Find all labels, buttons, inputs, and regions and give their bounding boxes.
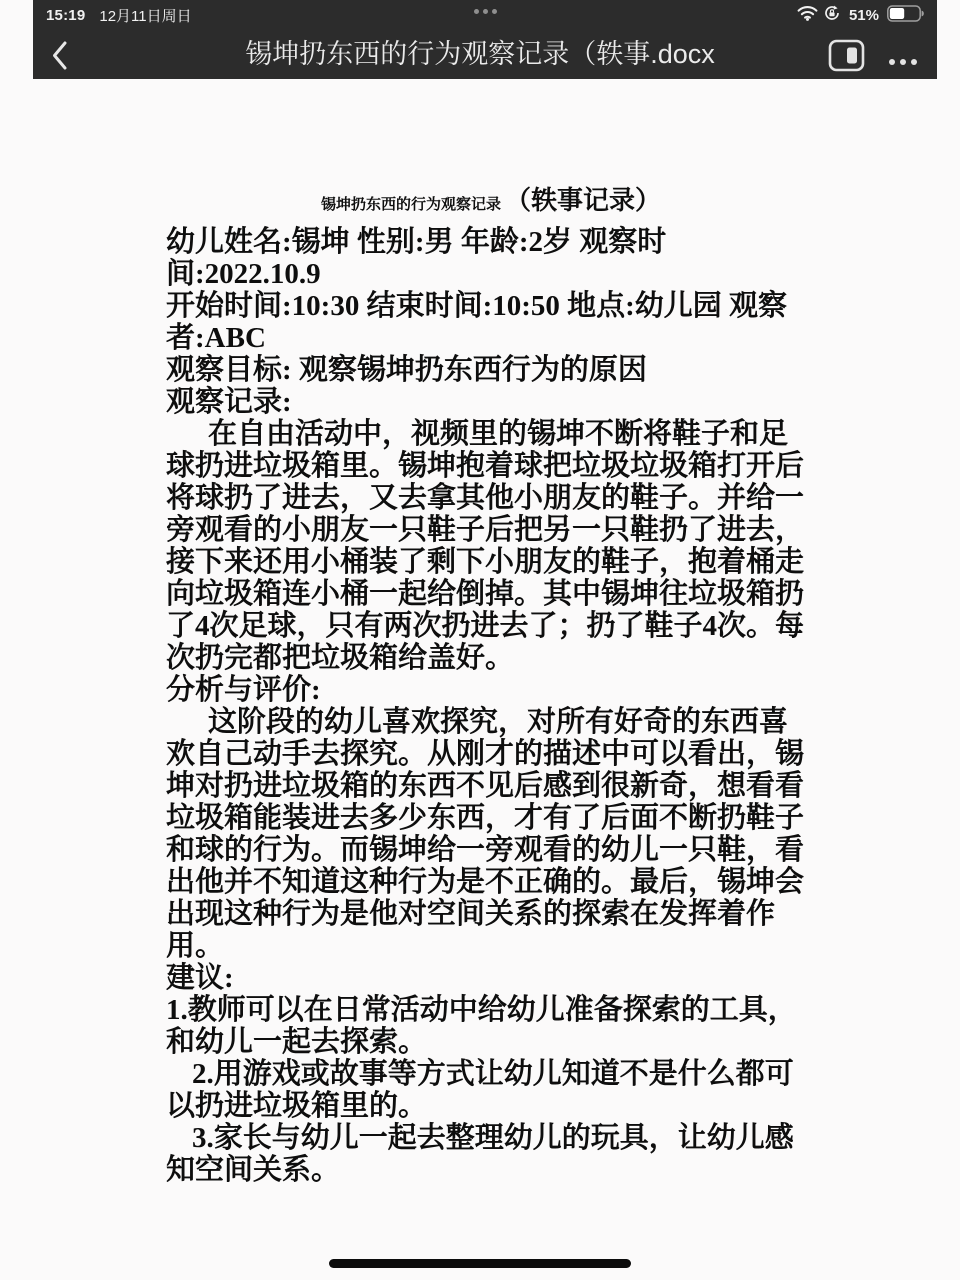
nav-document-title: 锡坤扔东西的行为观察记录（轶事.docx — [33, 39, 927, 69]
suggestion-2: 2.用游戏或故事等方式让幼儿知道不是什么都可以扔进垃圾箱里的。 — [166, 1058, 816, 1122]
doc-heading-suffix: （轶事记录） — [505, 186, 661, 215]
reader-view-button[interactable] — [826, 37, 867, 77]
meta-line-2: 开始时间:10:30 结束时间:10:50 地点:幼儿园 观察者:ABC — [166, 290, 816, 354]
document-page: 锡坤扔东西的行为观察记录 （轶事记录） 幼儿姓名:锡坤 性别:男 年龄:2岁 观… — [166, 186, 816, 1186]
meta-line-1: 幼儿姓名:锡坤 性别:男 年龄:2岁 观察时间:2022.10.9 — [166, 226, 816, 290]
analysis-body: 这阶段的幼儿喜欢探究，对所有好奇的东西喜欢自己动手去探究。从刚才的描述中可以看出… — [166, 706, 816, 962]
doc-heading: 锡坤扔东西的行为观察记录 （轶事记录） — [166, 186, 816, 220]
multitask-handle-icon[interactable] — [474, 9, 497, 14]
status-bar: 15:19 12月11日周日 — [33, 0, 937, 28]
more-options-button[interactable] — [887, 47, 919, 67]
suggestions-label: 建议: — [166, 962, 816, 994]
document-viewer[interactable]: 锡坤扔东西的行为观察记录 （轶事记录） 幼儿姓名:锡坤 性别:男 年龄:2岁 观… — [0, 79, 960, 1239]
suggestion-1: 1.教师可以在日常活动中给幼儿准备探索的工具，和幼儿一起去探索。 — [166, 994, 816, 1058]
status-center-group — [33, 9, 937, 14]
home-indicator[interactable] — [329, 1259, 631, 1268]
ellipsis-icon — [889, 49, 917, 65]
app-header: 15:19 12月11日周日 — [33, 0, 937, 79]
status-right-group: 51% — [797, 5, 924, 27]
record-body: 在自由活动中，视频里的锡坤不断将鞋子和足球扔进垃圾箱里。锡坤抱着球把垃圾垃圾箱打… — [166, 418, 816, 674]
doc-heading-prefix: 锡坤扔东西的行为观察记录 — [321, 197, 501, 213]
screen: 15:19 12月11日周日 — [0, 0, 960, 1280]
battery-icon — [887, 5, 924, 27]
suggestion-3: 3.家长与幼儿一起去整理幼儿的玩具，让幼儿感知空间关系。 — [166, 1122, 816, 1186]
reader-view-icon — [828, 39, 865, 75]
record-label: 观察记录: — [166, 386, 816, 418]
nav-actions — [826, 37, 919, 77]
observation-goal: 观察目标: 观察锡坤扔东西行为的原因 — [166, 354, 816, 386]
analysis-label: 分析与评价: — [166, 674, 816, 706]
nav-bar: 锡坤扔东西的行为观察记录（轶事.docx — [33, 28, 937, 79]
